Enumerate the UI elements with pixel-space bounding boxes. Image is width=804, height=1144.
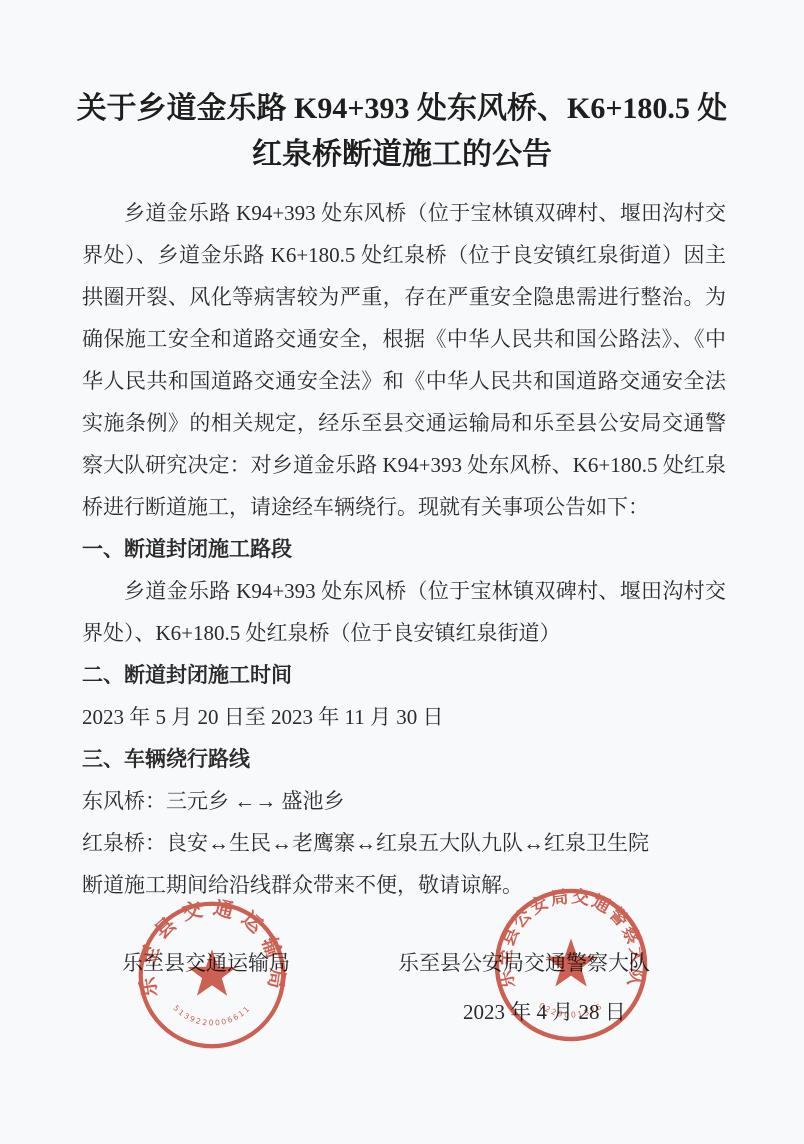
official-seal-traffic-police: 乐至县公安局交通警察大队 0229001326 — [492, 886, 650, 1044]
seal-serial-number: 0229001326 — [537, 1001, 605, 1020]
official-seal-transport-bureau: 乐至县交通运输局 5139220006611 — [136, 899, 288, 1051]
section-2-text: 2023 年 5 月 20 日至 2023 年 11 月 30 日 — [82, 696, 726, 738]
notice-title: 关于乡道金乐路 K94+393 处东风桥、K6+180.5 处红泉桥断道施工的公… — [62, 86, 742, 178]
detour-route-hongquan: 红泉桥：良安↔生民↔老鹰寨↔红泉五大队九队↔红泉卫生院 — [82, 822, 726, 864]
section-1-text: 乡道金乐路 K94+393 处东风桥（位于宝林镇双碑村、堰田沟村交界处）、K6+… — [82, 570, 726, 654]
section-3-heading: 三、车辆绕行路线 — [82, 738, 726, 780]
star-icon — [188, 949, 237, 995]
intro-paragraph: 乡道金乐路 K94+393 处东风桥（位于宝林镇双碑村、堰田沟村交界处）、乡道金… — [82, 192, 726, 528]
svg-text:5139220006611: 5139220006611 — [171, 1003, 252, 1027]
detour-route-dongfeng: 东风桥：三元乡 ←→ 盛池乡 — [82, 780, 726, 822]
notice-body: 乡道金乐路 K94+393 处东风桥（位于宝林镇双碑村、堰田沟村交界处）、乡道金… — [0, 192, 804, 906]
star-icon — [546, 938, 597, 986]
seal-serial-number: 5139220006611 — [171, 1003, 252, 1027]
section-2-heading: 二、断道封闭施工时间 — [82, 654, 726, 696]
svg-text:0229001326: 0229001326 — [537, 1001, 605, 1020]
notice-document-page: 关于乡道金乐路 K94+393 处东风桥、K6+180.5 处红泉桥断道施工的公… — [0, 0, 804, 1144]
section-1-heading: 一、断道封闭施工路段 — [82, 528, 726, 570]
